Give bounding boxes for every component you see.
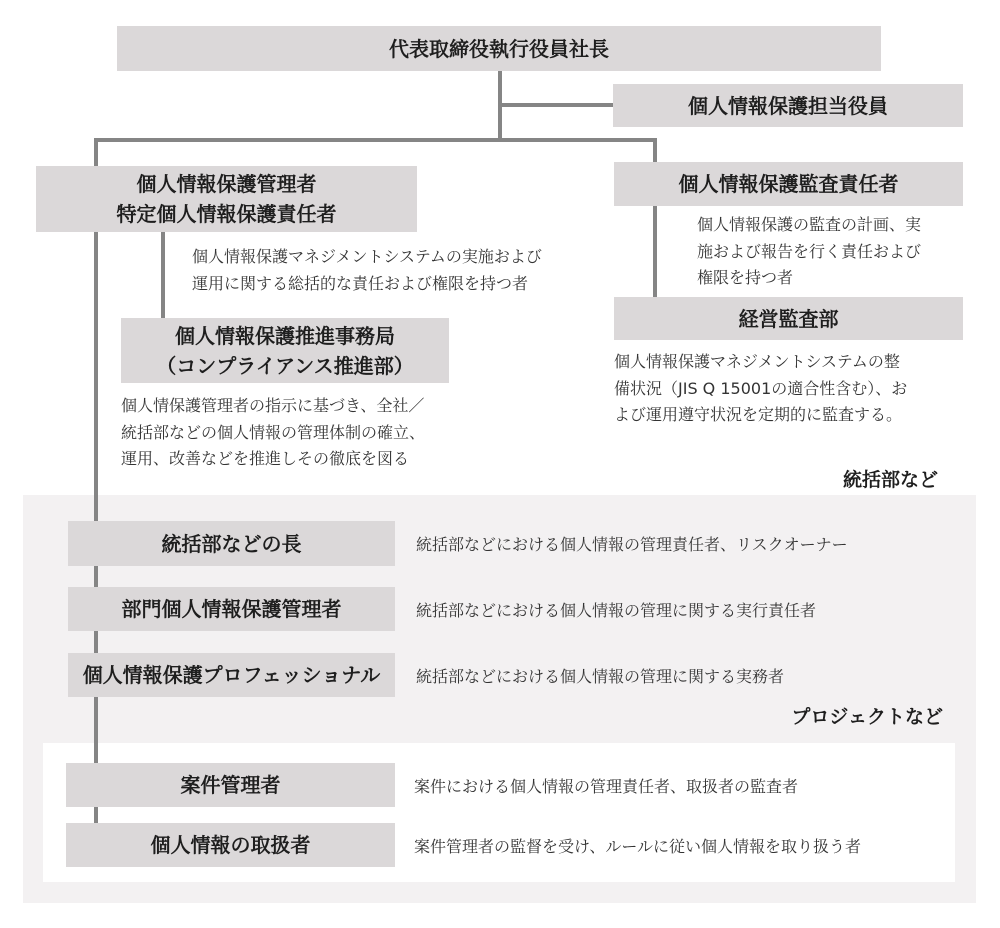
- audit-lead-box: 個人情報保護監査責任者: [614, 162, 963, 206]
- privacy-manager-desc: 個人情報保護マネジメントシステムの実施および 運用に関する総括的な責任および権限…: [192, 244, 542, 297]
- desc-line: 備状況（JIS Q 15001の適合性含む）、お: [614, 376, 907, 403]
- division-head-desc: 統括部などにおける個人情報の管理責任者、リスクオーナー: [416, 521, 848, 566]
- privacy-professional-box: 個人情報保護プロフェッショナル: [68, 653, 395, 697]
- privacy-officer-title: 個人情報保護担当役員: [688, 91, 888, 121]
- audit-dept-desc: 個人情報保護マネジメントシステムの整 備状況（JIS Q 15001の適合性含む…: [614, 349, 907, 429]
- privacy-manager-title-2: 特定個人情報保護責任者: [117, 199, 337, 229]
- desc-line: 運用、改善などを推進しその徹底を図る: [121, 446, 425, 473]
- privacy-manager-title-1: 個人情報保護管理者: [137, 169, 317, 199]
- desc-line: 個人情報保護マネジメントシステムの実施および: [192, 244, 542, 271]
- audit-dept-box: 経営監査部: [614, 297, 963, 340]
- audit-dept-title: 経営監査部: [739, 304, 839, 334]
- project-group-label: プロジェクトなど: [791, 702, 943, 729]
- desc-line: 運用に関する総括的な責任および権限を持つ者: [192, 271, 542, 298]
- privacy-professional-desc: 統括部などにおける個人情報の管理に関する実務者: [416, 653, 784, 697]
- dept-manager-desc: 統括部などにおける個人情報の管理に関する実行責任者: [416, 587, 816, 631]
- privacy-professional-title: 個人情報保護プロフェッショナル: [83, 660, 381, 690]
- promotion-office-desc: 個人情保護管理者の指示に基づき、全社／ 統括部などの個人情報の管理体制の確立、 …: [121, 393, 425, 473]
- audit-lead-title: 個人情報保護監査責任者: [679, 169, 899, 199]
- privacy-officer-box: 個人情報保護担当役員: [613, 84, 963, 127]
- desc-line: 権限を持つ者: [697, 265, 921, 292]
- ceo-box: 代表取締役執行役員社長: [117, 26, 881, 71]
- desc-line: よび運用遵守状況を定期的に監査する。: [614, 402, 907, 429]
- project-manager-box: 案件管理者: [66, 763, 395, 807]
- promotion-office-title-1: 個人情報保護推進事務局: [175, 321, 395, 351]
- promotion-office-box: 個人情報保護推進事務局 （コンプライアンス推進部）: [121, 318, 449, 383]
- connector-right-audit: [653, 206, 657, 298]
- desc-line: 統括部などの個人情報の管理体制の確立、: [121, 420, 425, 447]
- privacy-manager-box: 個人情報保護管理者 特定個人情報保護責任者: [36, 166, 417, 232]
- connector-manager-office: [161, 232, 165, 319]
- ceo-title: 代表取締役執行役員社長: [389, 34, 609, 64]
- desc-line: 個人情報保護マネジメントシステムの整: [614, 349, 907, 376]
- data-handler-title: 個人情報の取扱者: [151, 830, 311, 860]
- connector-main-horizontal: [94, 138, 657, 142]
- desc-line: 施および報告を行く責任および: [697, 239, 921, 266]
- data-handler-box: 個人情報の取扱者: [66, 823, 395, 867]
- dept-manager-title: 部門個人情報保護管理者: [122, 594, 342, 624]
- project-manager-desc: 案件における個人情報の管理責任者、取扱者の監査者: [414, 763, 798, 807]
- division-head-box: 統括部などの長: [68, 521, 395, 566]
- connector-left-spine: [94, 138, 98, 825]
- dept-manager-box: 部門個人情報保護管理者: [68, 587, 395, 631]
- desc-line: 個人情保護管理者の指示に基づき、全社／: [121, 393, 425, 420]
- division-head-title: 統括部などの長: [162, 529, 302, 559]
- connector-right-top: [653, 138, 657, 164]
- promotion-office-title-2: （コンプライアンス推進部）: [156, 351, 413, 381]
- project-manager-title: 案件管理者: [181, 770, 281, 800]
- data-handler-desc: 案件管理者の監督を受け、ルールに従い個人情報を取り扱う者: [414, 823, 861, 867]
- division-group-label: 統括部など: [843, 465, 938, 492]
- audit-lead-desc: 個人情報保護の監査の計画、実 施および報告を行く責任および 権限を持つ者: [697, 212, 921, 292]
- desc-line: 個人情報保護の監査の計画、実: [697, 212, 921, 239]
- connector-to-officer: [500, 103, 613, 107]
